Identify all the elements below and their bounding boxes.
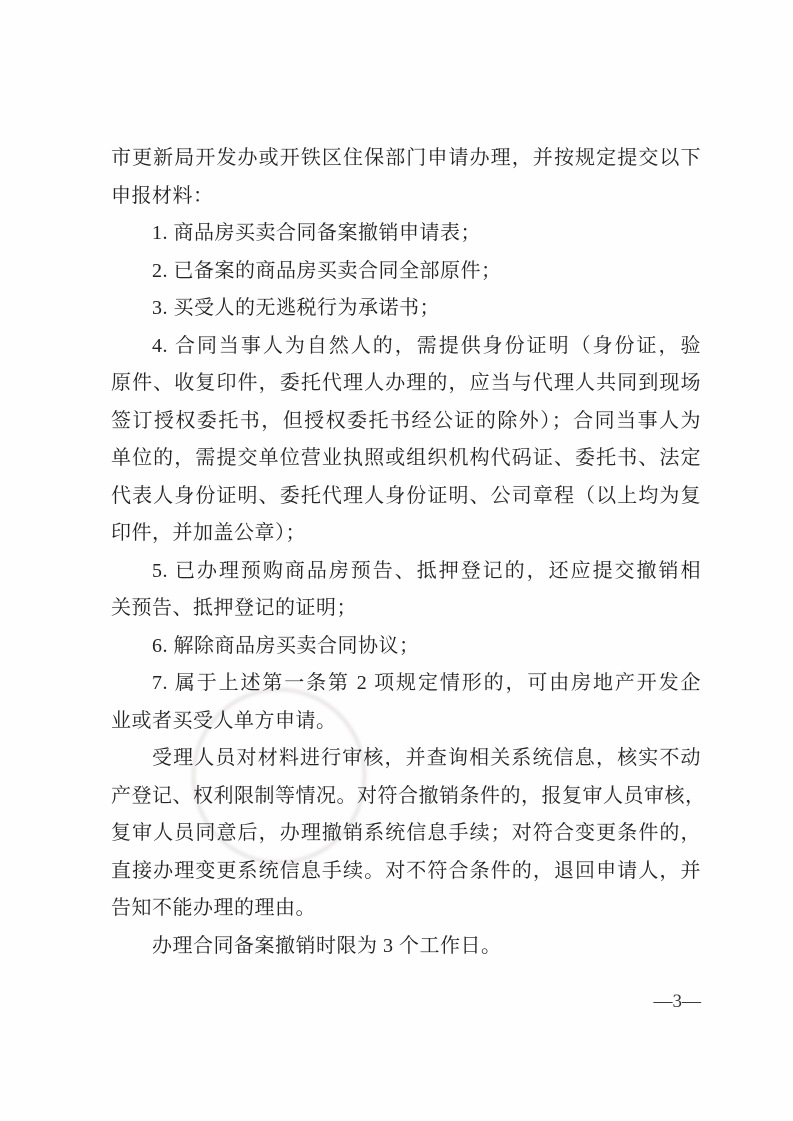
text-line: 印件，并加盖公章）； — [111, 515, 701, 553]
text-line: 直接办理变更系统信息手续。对不符合条件的，退回申请人，并 — [111, 853, 701, 891]
document-body: 市更新局开发办或开铁区住保部门申请办理，并按规定提交以下申报材料：1. 商品房买… — [111, 140, 701, 965]
paragraph: 5. 已办理预购商品房预告、抵押登记的，还应提交撤销相关预告、抵押登记的证明； — [111, 553, 701, 628]
page-footer: —3— — [0, 991, 701, 1013]
text-line: 2. 已备案的商品房买卖合同全部原件； — [111, 253, 701, 291]
paragraph: 办理合同备案撤销时限为 3 个工作日。 — [111, 928, 701, 966]
document-page: 市更新局开发办或开铁区住保部门申请办理，并按规定提交以下申报材料：1. 商品房买… — [0, 0, 793, 1121]
text-line: 单位的，需提交单位营业执照或组织机构代码证、委托书、法定 — [111, 440, 701, 478]
text-line: 3. 买受人的无逃税行为承诺书； — [111, 290, 701, 328]
text-line: 产登记、权利限制等情况。对符合撤销条件的，报复审人员审核， — [111, 778, 701, 816]
text-line: 7. 属于上述第一条第 2 项规定情形的，可由房地产开发企 — [111, 665, 701, 703]
text-line: 6. 解除商品房买卖合同协议； — [111, 628, 701, 666]
paragraph: 1. 商品房买卖合同备案撤销申请表； — [111, 215, 701, 253]
text-line: 申报材料： — [111, 178, 701, 216]
page-number: —3— — [654, 991, 702, 1012]
text-line: 办理合同备案撤销时限为 3 个工作日。 — [111, 928, 701, 966]
paragraph: 市更新局开发办或开铁区住保部门申请办理，并按规定提交以下申报材料： — [111, 140, 701, 215]
text-line: 业或者买受人单方申请。 — [111, 703, 701, 741]
text-line: 代表人身份证明、委托代理人身份证明、公司章程（以上均为复 — [111, 478, 701, 516]
text-line: 受理人员对材料进行审核，并查询相关系统信息，核实不动 — [111, 740, 701, 778]
text-line: 4. 合同当事人为自然人的，需提供身份证明（身份证，验 — [111, 328, 701, 366]
paragraph: 3. 买受人的无逃税行为承诺书； — [111, 290, 701, 328]
paragraph: 4. 合同当事人为自然人的，需提供身份证明（身份证，验原件、收复印件，委托代理人… — [111, 328, 701, 553]
text-line: 签订授权委托书，但授权委托书经公证的除外）；合同当事人为 — [111, 403, 701, 441]
text-line: 复审人员同意后，办理撤销系统信息手续；对符合变更条件的， — [111, 815, 701, 853]
text-line: 5. 已办理预购商品房预告、抵押登记的，还应提交撤销相 — [111, 553, 701, 591]
paragraph: 7. 属于上述第一条第 2 项规定情形的，可由房地产开发企业或者买受人单方申请。 — [111, 665, 701, 740]
paragraph: 受理人员对材料进行审核，并查询相关系统信息，核实不动产登记、权利限制等情况。对符… — [111, 740, 701, 928]
paragraph: 6. 解除商品房买卖合同协议； — [111, 628, 701, 666]
text-line: 原件、收复印件，委托代理人办理的，应当与代理人共同到现场 — [111, 365, 701, 403]
text-line: 告知不能办理的理由。 — [111, 890, 701, 928]
text-line: 1. 商品房买卖合同备案撤销申请表； — [111, 215, 701, 253]
paragraph: 2. 已备案的商品房买卖合同全部原件； — [111, 253, 701, 291]
text-line: 市更新局开发办或开铁区住保部门申请办理，并按规定提交以下 — [111, 140, 701, 178]
text-line: 关预告、抵押登记的证明； — [111, 590, 701, 628]
